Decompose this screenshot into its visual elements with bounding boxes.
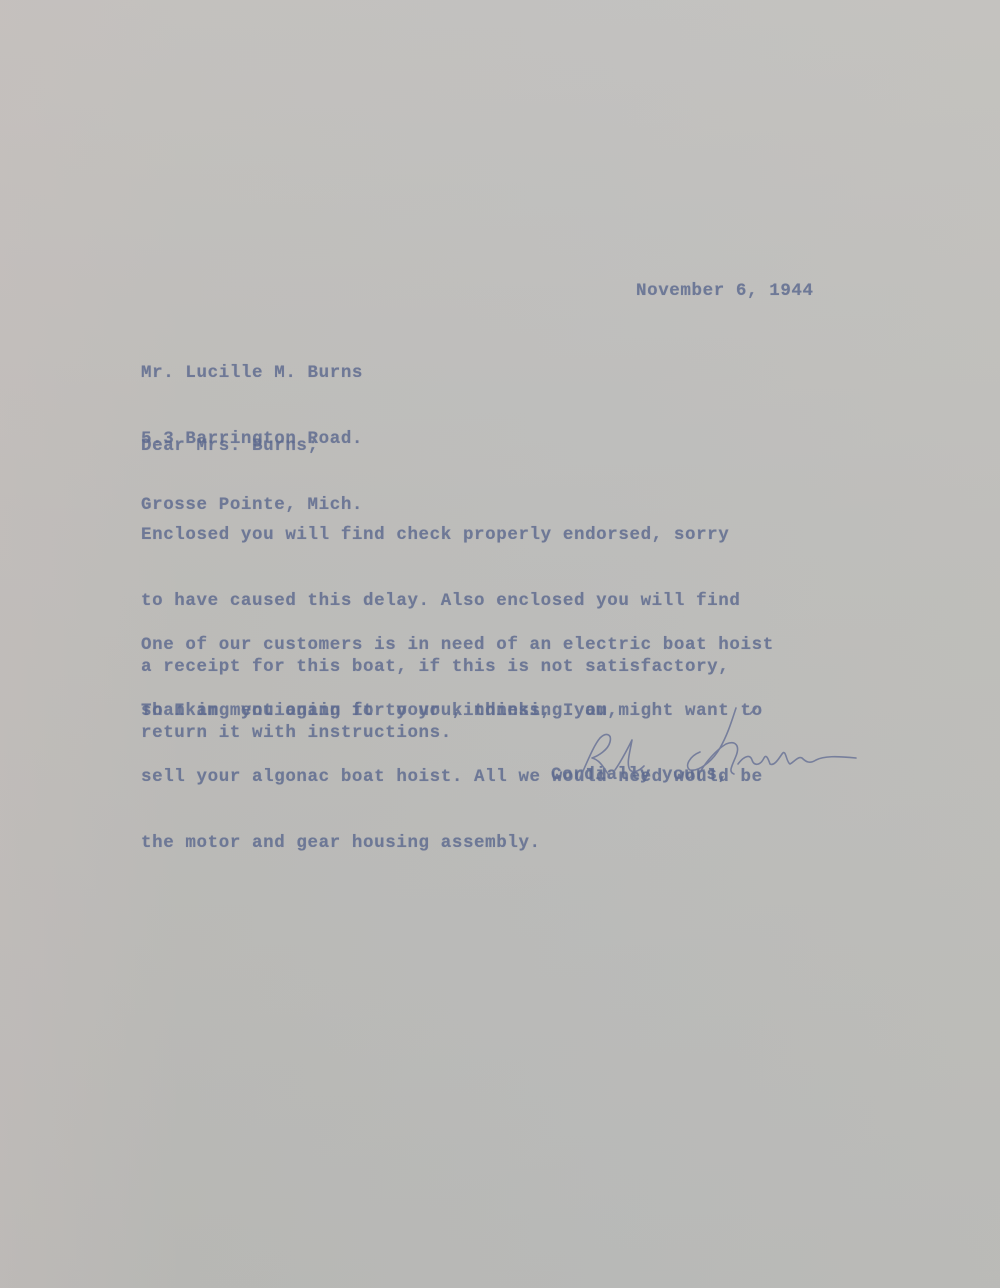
closing-line: Thanking you again for your kindness, I … (141, 700, 618, 722)
paragraph-line: the motor and gear housing assembly. (141, 832, 774, 854)
recipient-name: Mr. Lucille M. Burns (141, 362, 363, 384)
letter-page: November 6, 1944 Mr. Lucille M. Burns 5.… (0, 0, 1000, 1288)
letter-date: November 6, 1944 (636, 280, 814, 302)
paragraph-line: Enclosed you will find check properly en… (141, 524, 741, 546)
handwritten-signature (560, 700, 870, 795)
paragraph-line: One of our customers is in need of an el… (141, 634, 774, 656)
signature-icon (560, 700, 870, 795)
salutation: Dear Mrs. Burns; (141, 435, 319, 457)
